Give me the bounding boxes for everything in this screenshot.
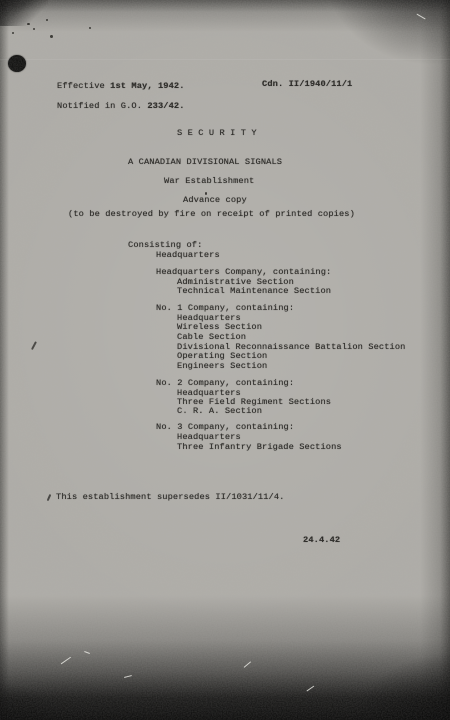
security-heading: S E C U R I T Y [177, 128, 257, 138]
notified-value: 233/42. [147, 101, 184, 111]
scratch-artifact [416, 14, 425, 20]
company-1-item: Wireless Section [177, 322, 262, 332]
unit-title: A CANADIAN DIVISIONAL SIGNALS [128, 157, 282, 167]
consisting-heading: Consisting of: [128, 240, 202, 250]
company-3-item: Headquarters [177, 432, 241, 442]
effective-value: 1st May, 1942. [110, 81, 184, 91]
company-1-item: Cable Section [177, 332, 246, 342]
company-3-item: Three Infantry Brigade Sections [177, 442, 342, 452]
crease-line-artifact [0, 59, 450, 60]
copy-type: Advance copy [183, 195, 247, 205]
company-1-item: Operating Section [177, 351, 267, 361]
company-1-item: Engineers Section [177, 361, 267, 371]
scratch-artifact [84, 651, 90, 654]
company-3-title: No. 3 Company, containing: [156, 422, 294, 432]
scratch-artifact [124, 675, 132, 678]
company-1-title: No. 1 Company, containing: [156, 303, 294, 313]
hq-company-title: Headquarters Company, containing: [156, 267, 331, 277]
scratch-artifact [61, 657, 72, 665]
notified-label: Notified in G.O. [57, 101, 142, 111]
company-2-title: No. 2 Company, containing: [156, 378, 294, 388]
pen-stroke-artifact [47, 494, 51, 501]
effective-label: Effective [57, 81, 105, 91]
hq-company-item: Technical Maintenance Section [177, 286, 331, 296]
company-2-item: C. R. A. Section [177, 406, 262, 416]
document-date: 24.4.42 [303, 535, 340, 545]
scanned-document-page: Effective 1st May, 1942. Cdn. II/1940/11… [0, 0, 450, 720]
dust-speck-artifact [89, 27, 91, 29]
notified-line: Notified in G.O. 233/42. [57, 101, 185, 111]
corner-smudge-artifact [0, 0, 48, 26]
destroy-notice: (to be destroyed by fire on receipt of p… [68, 209, 355, 219]
dust-speck-artifact [12, 32, 14, 34]
scratch-artifact [306, 686, 314, 692]
dust-speck-artifact [46, 19, 48, 21]
dust-speck-artifact [50, 35, 53, 38]
consisting-headquarters: Headquarters [156, 250, 220, 260]
ink-blot-artifact [8, 55, 26, 72]
dust-speck-artifact [33, 28, 35, 30]
reference-number: Cdn. II/1940/11/1 [262, 79, 352, 89]
establishment-subtitle: War Establishment [164, 176, 254, 186]
supersedes-note: This establishment supersedes II/1031/11… [56, 492, 284, 502]
scratch-artifact [244, 661, 252, 668]
dust-speck-artifact [27, 23, 30, 25]
effective-date-line: Effective 1st May, 1942. [57, 81, 185, 91]
pen-stroke-artifact [31, 341, 37, 350]
